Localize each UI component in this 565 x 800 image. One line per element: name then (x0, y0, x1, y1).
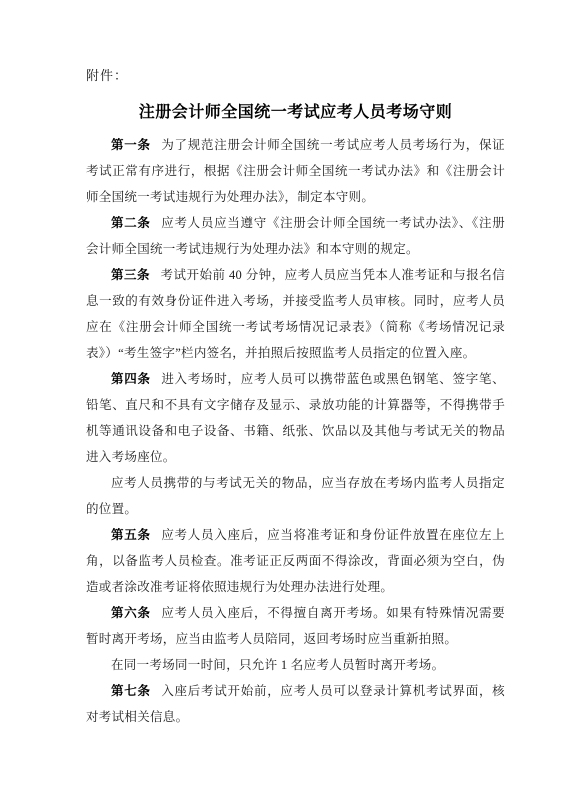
paragraph-text: 应考人员携带的与考试无关的物品，应当存放在考场内监考人员指定的位置。 (86, 476, 505, 516)
attachment-label: 附件： (86, 66, 505, 86)
page-title: 注册会计师全国统一考试应考人员考场守则 (86, 102, 505, 124)
document-page: 附件： 注册会计师全国统一考试应考人员考场守则 第一条为了规范注册会计师全国统一… (0, 0, 565, 800)
article-label: 第三条 (111, 268, 150, 282)
paragraph: 第二条应考人员应当遵守《注册会计师全国统一考试办法》、《注册会计师全国统一考试违… (86, 210, 505, 262)
paragraph: 第七条入座后考试开始前，应考人员可以登录计算机考试界面，核对考试相关信息。 (86, 678, 505, 730)
article-label: 第一条 (111, 138, 151, 152)
paragraph: 第五条应考人员入座后，应当将准考证和身份证件放置在座位左上角，以备监考人员检查。… (86, 522, 505, 600)
paragraph: 在同一考场同一时间，只允许 1 名应考人员暂时离开考场。 (86, 652, 505, 678)
paragraph: 第一条为了规范注册会计师全国统一考试应考人员考场行为，保证考试正常有序进行，根据… (86, 132, 505, 210)
paragraph: 应考人员携带的与考试无关的物品，应当存放在考场内监考人员指定的位置。 (86, 470, 505, 522)
paragraph-text: 在同一考场同一时间，只允许 1 名应考人员暂时离开考场。 (111, 658, 444, 672)
paragraph: 第三条考试开始前 40 分钟，应考人员应当凭本人准考证和与报名信息一致的有效身份… (86, 262, 505, 366)
article-label: 第二条 (111, 216, 151, 230)
paragraph: 第六条应考人员入座后，不得擅自离开考场。如果有特殊情况需要暂时离开考场，应当由监… (86, 600, 505, 652)
paragraph: 第四条进入考场时，应考人员可以携带蓝色或黑色钢笔、签字笔、铅笔、直尺和不具有文字… (86, 366, 505, 470)
article-label: 第六条 (111, 606, 151, 620)
article-label: 第五条 (111, 528, 151, 542)
article-label: 第四条 (111, 372, 151, 386)
document-body: 第一条为了规范注册会计师全国统一考试应考人员考场行为，保证考试正常有序进行，根据… (86, 132, 505, 730)
article-label: 第七条 (111, 684, 151, 698)
